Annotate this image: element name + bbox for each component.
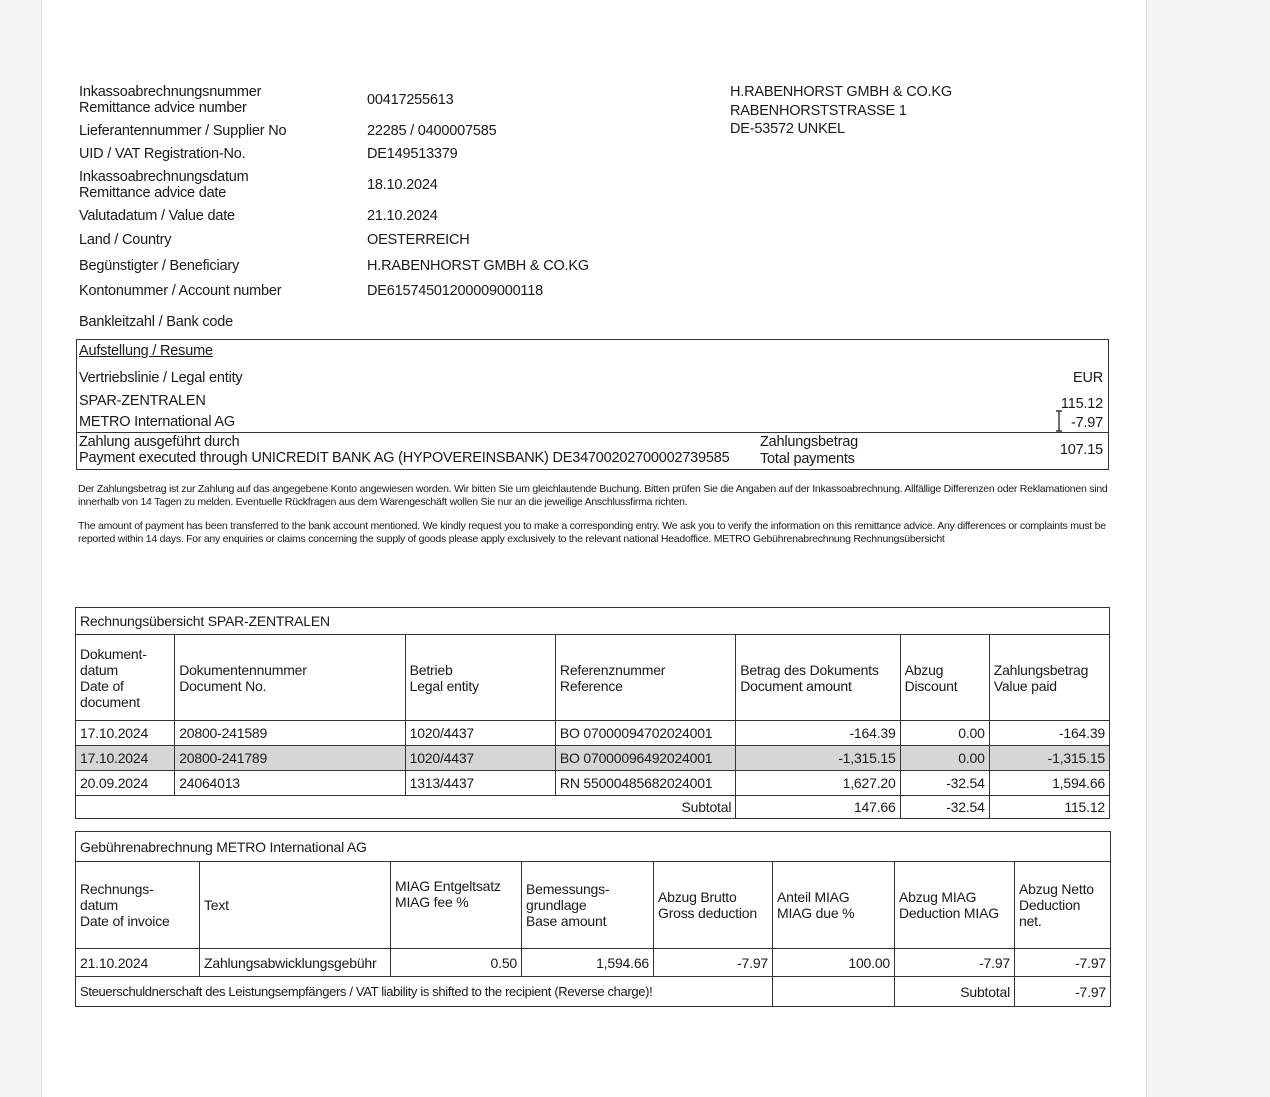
fee-statement-table: Gebührenabrechnung METRO International A… bbox=[75, 831, 1111, 1007]
cell-deduction-miag: -7.97 bbox=[895, 949, 1015, 977]
column-header: BetriebLegal entity bbox=[405, 635, 555, 721]
column-header: Anteil MIAGMIAG due % bbox=[773, 862, 895, 949]
subtotal-discount: -32.54 bbox=[900, 796, 989, 819]
table-title: Gebührenabrechnung METRO International A… bbox=[76, 832, 1111, 862]
column-header: Abzug MIAGDeduction MIAG bbox=[895, 862, 1015, 949]
address-line: RABENHORSTSTRASSE 1 bbox=[730, 102, 952, 121]
column-header: Abzug BruttoGross deduction bbox=[654, 862, 773, 949]
field-value-remittance-number: 00417255613 bbox=[367, 92, 454, 108]
cell-text: Zahlungsabwicklungsgebühr bbox=[200, 949, 391, 977]
column-header: ReferenznummerReference bbox=[555, 635, 735, 721]
notice-german: Der Zahlungsbetrag ist zur Zahlung auf d… bbox=[78, 483, 1113, 509]
cell-paid: -1,315.15 bbox=[989, 746, 1109, 771]
cell-doc-no: 20800-241589 bbox=[175, 721, 405, 746]
table-row: 20.09.2024 24064013 1313/4437 RN 5500048… bbox=[76, 771, 1110, 796]
field-value-vat-no: DE149513379 bbox=[367, 146, 458, 162]
cell-date: 20.09.2024 bbox=[76, 771, 175, 796]
resume-box: Aufstellung / Resume Vertriebslinie / Le… bbox=[76, 339, 1109, 470]
field-label-vat-no: UID / VAT Registration-No. bbox=[79, 146, 245, 162]
resume-line-amount: -7.97 bbox=[1071, 415, 1103, 431]
cell-entity: 1313/4437 bbox=[405, 771, 555, 796]
column-header: Betrag des DokumentsDocument amount bbox=[736, 635, 900, 721]
address-line: H.RABENHORST GMBH & CO.KG bbox=[730, 83, 952, 102]
field-label-beneficiary: Begünstigter / Beneficiary bbox=[79, 258, 239, 274]
resume-line-name: SPAR-ZENTRALEN bbox=[79, 393, 206, 409]
column-header: MIAG EntgeltsatzMIAG fee % bbox=[391, 862, 522, 949]
subtotal-net: -7.97 bbox=[1015, 977, 1111, 1007]
field-value-account-number: DE61574501200009000118 bbox=[367, 283, 543, 299]
field-value-country: OESTERREICH bbox=[367, 232, 470, 248]
column-header: Text bbox=[200, 862, 391, 949]
field-value-supplier-no: 22285 / 0400007585 bbox=[367, 123, 496, 139]
cell-fee-pct: 0.50 bbox=[391, 949, 522, 977]
resume-title: Aufstellung / Resume bbox=[79, 343, 213, 359]
resume-entity-label: Vertriebslinie / Legal entity bbox=[79, 370, 242, 386]
cell-amount: -1,315.15 bbox=[736, 746, 900, 771]
total-label-de: Zahlungsbetrag bbox=[760, 434, 858, 450]
column-header: Dokument-datumDate ofdocument bbox=[76, 635, 175, 721]
cell-due-pct: 100.00 bbox=[773, 949, 895, 977]
field-value-beneficiary: H.RABENHORST GMBH & CO.KG bbox=[367, 258, 589, 274]
cell-doc-no: 24064013 bbox=[175, 771, 405, 796]
payment-through: Payment executed through UNICREDIT BANK … bbox=[79, 450, 730, 466]
column-header: Rechnungs-datumDate of invoice bbox=[76, 862, 200, 949]
subtotal-paid: 115.12 bbox=[989, 796, 1109, 819]
field-label-bank-code: Bankleitzahl / Bank code bbox=[79, 314, 233, 330]
field-label-remittance-date: Inkassoabrechnungsdatum Remittance advic… bbox=[79, 169, 249, 201]
resume-line-name: METRO International AG bbox=[79, 414, 235, 430]
total-label-en: Total payments bbox=[760, 451, 855, 467]
text-cursor-icon bbox=[1054, 410, 1064, 432]
payment-by-label: Zahlung ausgeführt durch bbox=[79, 434, 239, 450]
cell-discount: 0.00 bbox=[900, 746, 989, 771]
table-row: 17.10.2024 20800-241589 1020/4437 BO 070… bbox=[76, 721, 1110, 746]
table-header-row: Dokument-datumDate ofdocument Dokumenten… bbox=[76, 635, 1110, 721]
column-header: DokumentennummerDocument No. bbox=[175, 635, 405, 721]
cell-reference: BO 07000094702024001 bbox=[555, 721, 735, 746]
field-label-account-number: Kontonummer / Account number bbox=[79, 283, 281, 299]
cell-paid: -164.39 bbox=[989, 721, 1109, 746]
field-label-value-date: Valutadatum / Value date bbox=[79, 208, 235, 224]
cell-doc-no: 20800-241789 bbox=[175, 746, 405, 771]
cell-gross-deduction: -7.97 bbox=[654, 949, 773, 977]
cell-discount: 0.00 bbox=[900, 721, 989, 746]
cell-deduction-net: -7.97 bbox=[1015, 949, 1111, 977]
cell-base-amount: 1,594.66 bbox=[522, 949, 654, 977]
field-value-remittance-date: 18.10.2024 bbox=[367, 177, 438, 193]
total-payments: 107.15 bbox=[1060, 442, 1103, 458]
subtotal-label: Subtotal bbox=[76, 796, 736, 819]
table-row-highlighted: 17.10.2024 20800-241789 1020/4437 BO 070… bbox=[76, 746, 1110, 771]
field-label-country: Land / Country bbox=[79, 232, 171, 248]
column-header: AbzugDiscount bbox=[900, 635, 989, 721]
resume-line-amount: 115.12 bbox=[1061, 396, 1103, 412]
empty-cell bbox=[773, 977, 895, 1007]
subtotal-label: Subtotal bbox=[895, 977, 1015, 1007]
subtotal-row: Steuerschuldnerschaft des Leistungsempfä… bbox=[76, 977, 1111, 1007]
subtotal-amount: 147.66 bbox=[736, 796, 900, 819]
cell-date: 17.10.2024 bbox=[76, 721, 175, 746]
cell-amount: -164.39 bbox=[736, 721, 900, 746]
document-viewer: Inkassoabrechnungsnummer Remittance advi… bbox=[0, 0, 1270, 1097]
address-line: DE-53572 UNKEL bbox=[730, 120, 952, 139]
resume-divider bbox=[77, 432, 1108, 433]
cell-discount: -32.54 bbox=[900, 771, 989, 796]
cell-paid: 1,594.66 bbox=[989, 771, 1109, 796]
table-header-row: Rechnungs-datumDate of invoice Text MIAG… bbox=[76, 862, 1111, 949]
vat-note: Steuerschuldnerschaft des Leistungsempfä… bbox=[76, 977, 773, 1007]
recipient-address: H.RABENHORST GMBH & CO.KG RABENHORSTSTRA… bbox=[730, 83, 952, 139]
notice-english: The amount of payment has been transferr… bbox=[78, 520, 1113, 546]
resume-currency: EUR bbox=[1073, 370, 1103, 386]
cell-entity: 1020/4437 bbox=[405, 746, 555, 771]
cell-date: 17.10.2024 bbox=[76, 746, 175, 771]
cell-reference: RN 55000485682024001 bbox=[555, 771, 735, 796]
column-header: ZahlungsbetragValue paid bbox=[989, 635, 1109, 721]
table-title: Rechnungsübersicht SPAR-ZENTRALEN bbox=[76, 608, 1110, 635]
document-page: Inkassoabrechnungsnummer Remittance advi… bbox=[41, 0, 1147, 1097]
cell-amount: 1,627.20 bbox=[736, 771, 900, 796]
table-row: 21.10.2024 Zahlungsabwicklungsgebühr 0.5… bbox=[76, 949, 1111, 977]
field-label-supplier-no: Lieferantennummer / Supplier No bbox=[79, 123, 286, 139]
cell-date: 21.10.2024 bbox=[76, 949, 200, 977]
cell-entity: 1020/4437 bbox=[405, 721, 555, 746]
field-value-value-date: 21.10.2024 bbox=[367, 208, 438, 224]
column-header: Bemessungs-grundlageBase amount bbox=[522, 862, 654, 949]
subtotal-row: Subtotal 147.66 -32.54 115.12 bbox=[76, 796, 1110, 819]
field-label-remittance-number: Inkassoabrechnungsnummer Remittance advi… bbox=[79, 84, 261, 116]
invoice-overview-table: Rechnungsübersicht SPAR-ZENTRALEN Dokume… bbox=[75, 607, 1110, 819]
column-header: Abzug NettoDeductionnet. bbox=[1015, 862, 1111, 949]
cell-reference: BO 07000096492024001 bbox=[555, 746, 735, 771]
